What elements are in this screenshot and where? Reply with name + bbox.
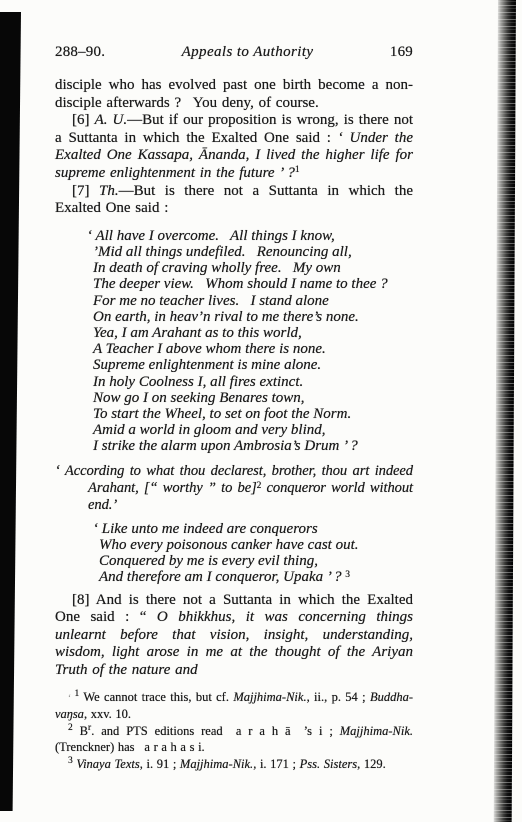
verse-line: ‘ All have I overcome. All things I know… xyxy=(93,228,413,244)
text-area: 288–90. Appeals to Authority 169 discipl… xyxy=(55,44,413,773)
text-segment: A. U. xyxy=(95,112,128,128)
text-segment: For me no teacher lives. I stand alone xyxy=(93,293,329,309)
text-segment: disciple who has evolved past one birth … xyxy=(55,77,413,111)
text-segment: B xyxy=(73,724,88,738)
verse-line: ‘ Like unto me indeed are conquerors xyxy=(99,521,413,537)
verse-line: The deeper view. Whom should I name to t… xyxy=(93,276,413,292)
text-segment: Supreme enlightenment is mine alone. xyxy=(93,357,321,373)
paragraph-according: ‘ According to what thou declarest, brot… xyxy=(55,463,413,515)
text-segment: ’Mid all things undefiled. Renouncing al… xyxy=(93,244,352,260)
text-segment: Majjhima-Nik. xyxy=(340,724,413,738)
footnote-ref: 2 xyxy=(68,723,73,733)
paragraph-7: [7] Th.—But is there not a Suttanta in w… xyxy=(55,183,413,218)
text-segment: Pss. Sisters xyxy=(300,757,357,771)
verse-line: Amid a world in gloom and very blind, xyxy=(93,422,413,438)
verse-line: Now go I on seeking Benares town, xyxy=(93,390,413,406)
text-segment: Vinaya Texts xyxy=(76,757,139,771)
verse-line: A Teacher I above whom there is none. xyxy=(93,341,413,357)
verse-line: I strike the alarm upon Ambrosia’s Drum … xyxy=(93,438,413,454)
text-segment: Amid a world in gloom and very blind, xyxy=(93,422,326,438)
page-body: disciple who has evolved past one birth … xyxy=(55,77,413,773)
text-segment: , ii., p. 54 ; xyxy=(307,690,370,704)
text-segment: In holy Coolness I, all fires extinct. xyxy=(93,374,303,390)
footnote-ref: 1 xyxy=(295,165,300,175)
verse-stanza-1: ‘ All have I overcome. All things I know… xyxy=(93,228,413,455)
verse-line: On earth, in heav’n rival to me there’s … xyxy=(93,309,413,325)
running-head: 288–90. Appeals to Authority 169 xyxy=(55,44,413,61)
text-segment: , i. 171 ; xyxy=(253,757,299,771)
text-segment: ‘ All have I overcome. All things I know… xyxy=(87,228,335,244)
text-segment: In death of craving wholly free. My own xyxy=(93,260,341,276)
footnote-ref: r xyxy=(88,723,91,733)
text-segment: We cannot trace this, but cf. xyxy=(79,690,233,704)
text-segment: And therefore am I conqueror, Upaka ’ ? xyxy=(99,569,345,585)
verse-line: For me no teacher lives. I stand alone xyxy=(93,293,413,309)
text-segment: I strike the alarm upon Ambrosia’s Drum … xyxy=(93,438,358,454)
verse-line: Who every poisonous canker have cast out… xyxy=(99,537,413,553)
text-segment: , i. 91 ; xyxy=(140,757,180,771)
text-segment: [6] xyxy=(72,112,95,128)
page-number: 169 xyxy=(390,44,413,61)
footnote-ref: 1 xyxy=(74,689,79,699)
text-segment: Conquered by me is every evil thing, xyxy=(99,553,318,569)
text-segment: Th. xyxy=(99,183,119,199)
text-segment: , 129. xyxy=(357,757,386,771)
footnote-ref: 3 xyxy=(68,756,73,766)
text-segment: [7] xyxy=(72,183,99,199)
text-segment: Majjhima-Nik. xyxy=(233,690,306,704)
text-segment: (Trenckner) has a r a h a s i. xyxy=(55,740,205,754)
verse-line: To start the Wheel, to set on foot the N… xyxy=(93,406,413,422)
text-segment: To start the Wheel, to set on foot the N… xyxy=(93,406,351,422)
text-segment: Now go I on seeking Benares town, xyxy=(93,390,305,406)
verse-line: In death of craving wholly free. My own xyxy=(93,260,413,276)
verse-line: Supreme enlightenment is mine alone. xyxy=(93,357,413,373)
footnote-ref: 3 xyxy=(345,570,350,580)
text-segment: Majjhima-Nik. xyxy=(180,757,253,771)
book-page: 288–90. Appeals to Authority 169 discipl… xyxy=(0,0,522,822)
verse-line: Conquered by me is every evil thing, xyxy=(99,553,413,569)
verse-line: And therefore am I conqueror, Upaka ’ ? … xyxy=(99,569,413,585)
footnote-1: ʻ 1 We cannot trace this, but cf. Majjhi… xyxy=(55,689,413,723)
paragraph-8: [8] And is there not a Suttanta in which… xyxy=(55,592,413,680)
text-segment: Yea, I am Arahant as to this world, xyxy=(93,325,302,341)
footnote-2: 2 Br. and PTS editions read a r a h ā ’s… xyxy=(55,723,413,756)
footnote-3: 3 Vinaya Texts, i. 91 ; Majjhima-Nik., i… xyxy=(55,756,413,773)
scan-page-edge xyxy=(494,0,516,822)
text-segment: , xxv. 10. xyxy=(84,707,131,721)
verse-stanza-2: ‘ Like unto me indeed are conquerorsWho … xyxy=(99,521,413,586)
text-segment: Who every poisonous canker have cast out… xyxy=(99,537,359,553)
paragraph-continuation: disciple who has evolved past one birth … xyxy=(55,77,413,112)
text-segment: . and PTS editions read a r a h ā ’s i ; xyxy=(91,724,340,738)
text-segment: A Teacher I above whom there is none. xyxy=(93,341,326,357)
text-segment: ‘ Like unto me indeed are conquerors xyxy=(93,521,318,537)
verse-line: ’Mid all things undefiled. Renouncing al… xyxy=(93,244,413,260)
verse-line: In holy Coolness I, all fires extinct. xyxy=(93,374,413,390)
text-segment: On earth, in heav’n rival to me there’s … xyxy=(93,309,359,325)
verse-line: Yea, I am Arahant as to this world, xyxy=(93,325,413,341)
scan-gutter-edge xyxy=(0,12,21,811)
footnote-ref: 2 xyxy=(257,481,262,491)
paragraph-6: [6] A. U.—But if our proposition is wron… xyxy=(55,112,413,182)
section-range: 288–90. xyxy=(55,44,105,61)
text-segment: The deeper view. Whom should I name to t… xyxy=(93,276,388,292)
running-title: Appeals to Authority xyxy=(182,44,314,61)
